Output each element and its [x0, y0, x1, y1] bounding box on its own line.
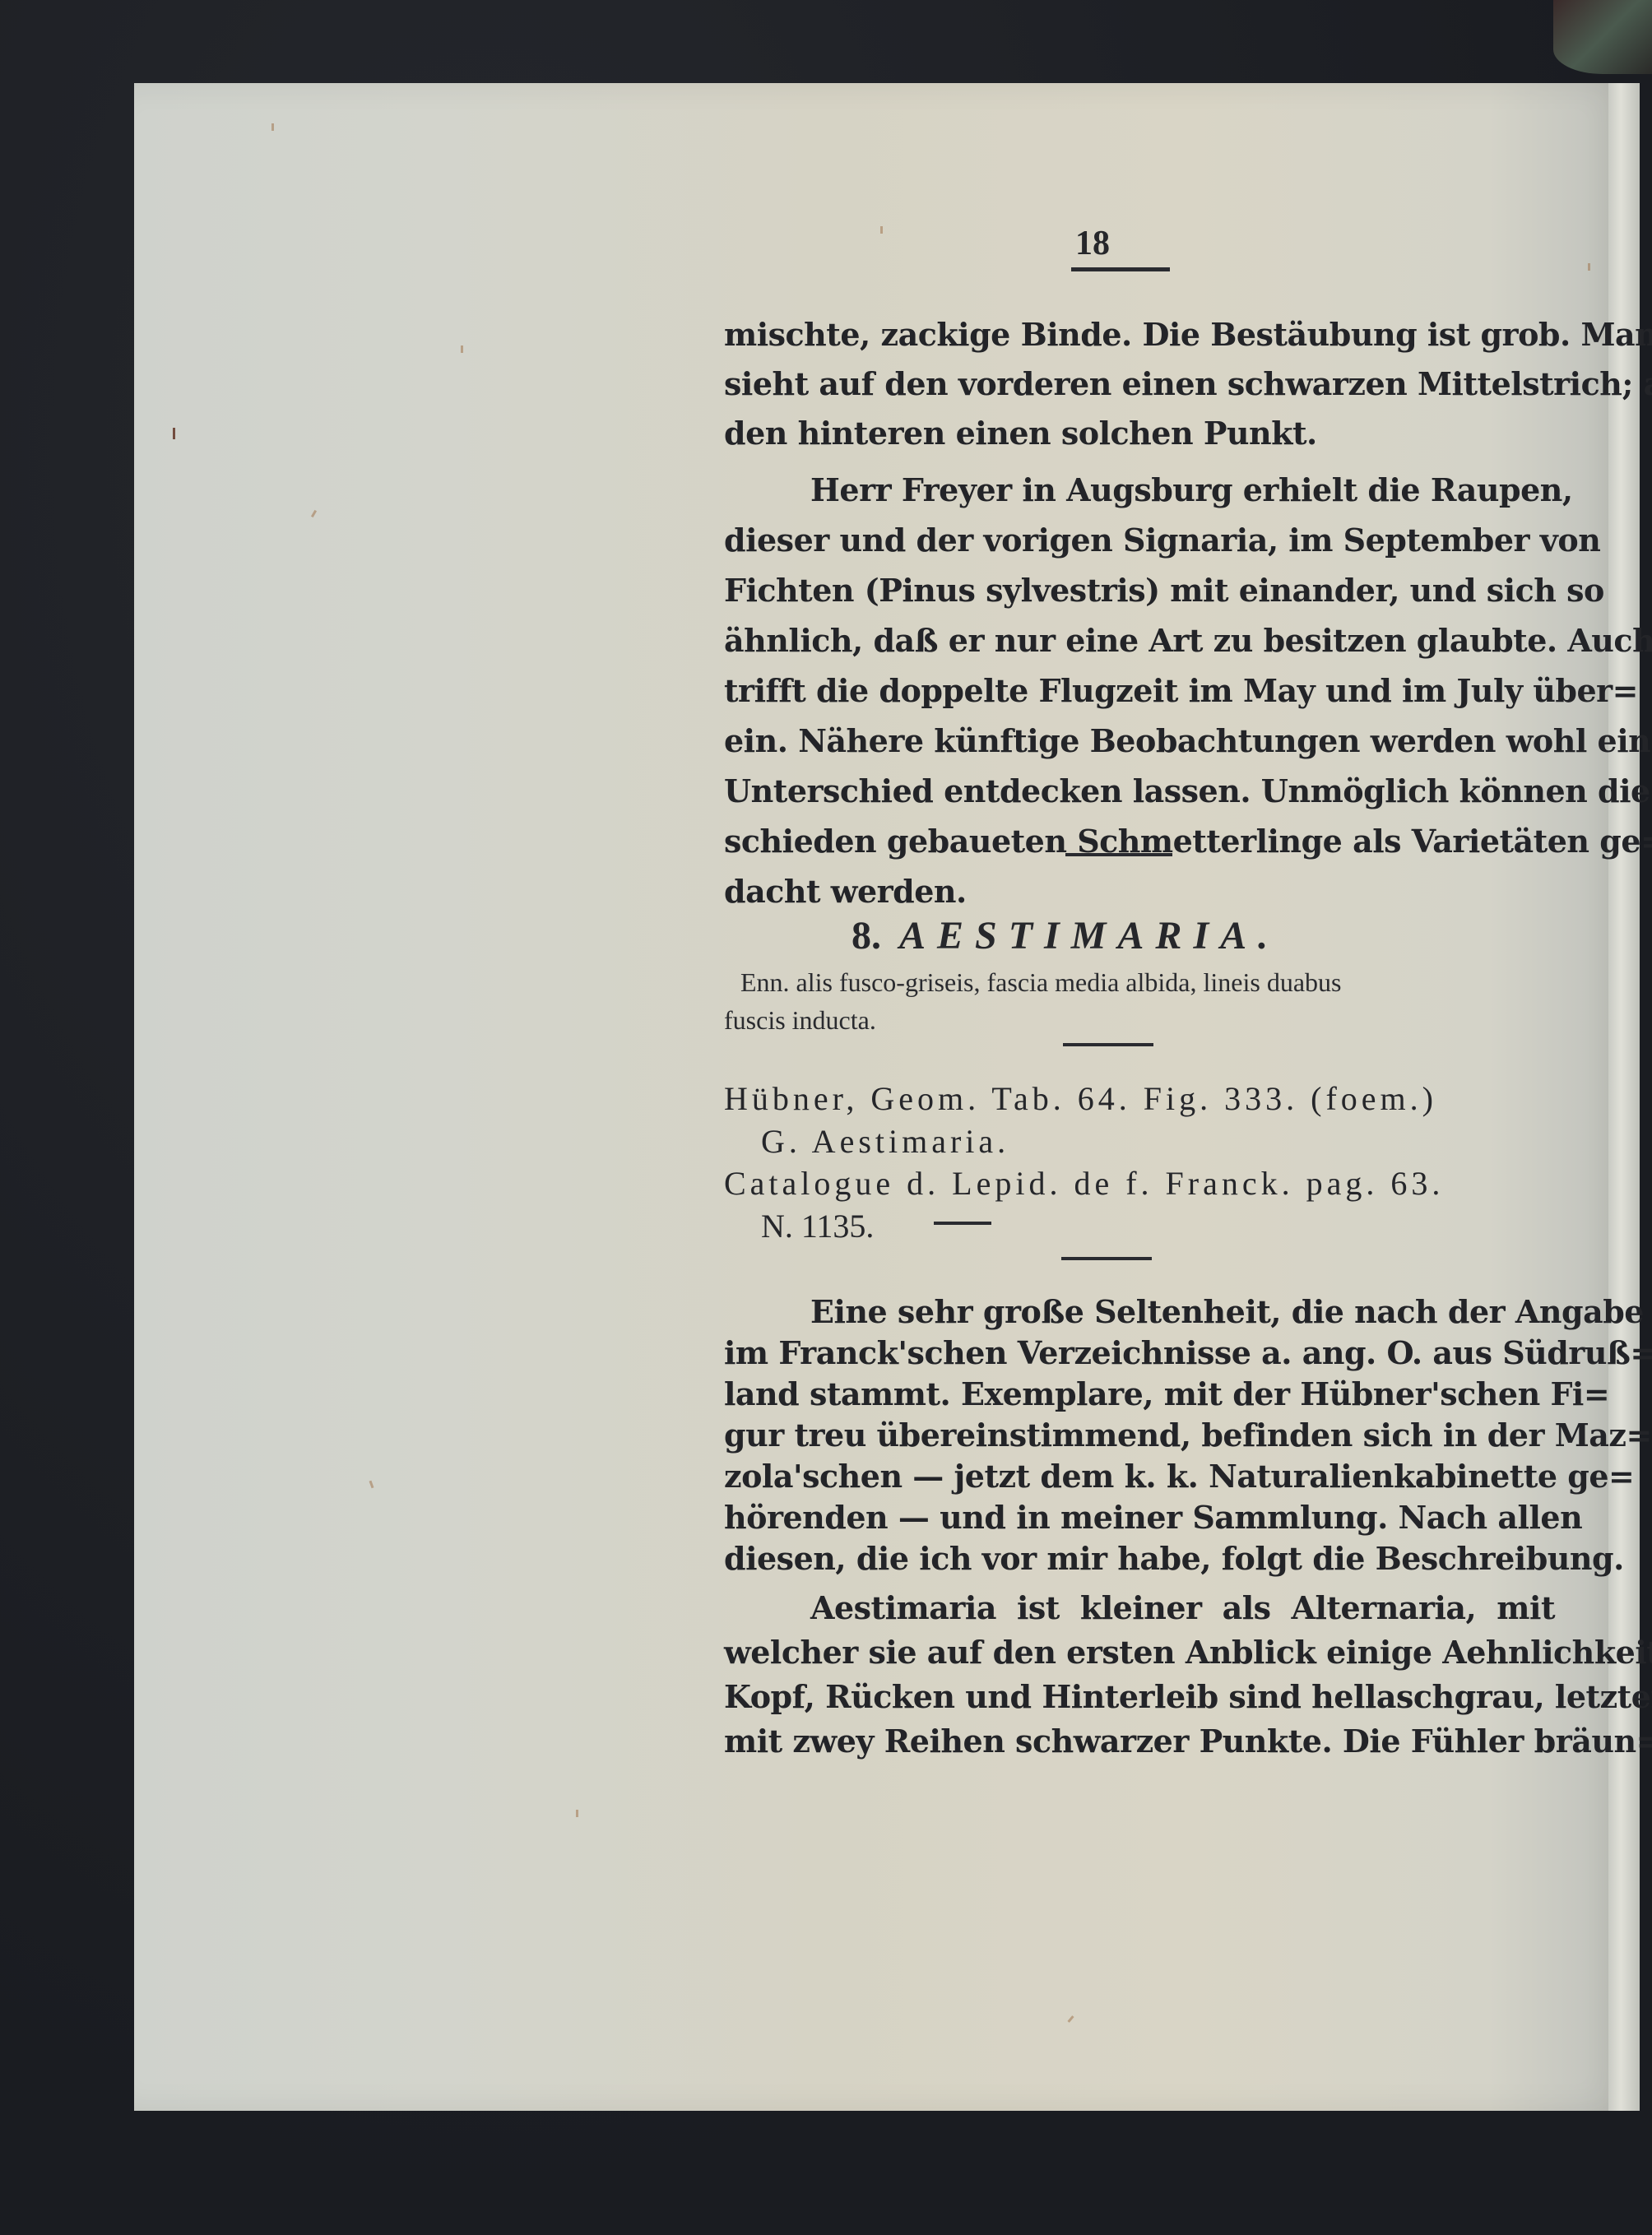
page-number: 18 [1035, 224, 1150, 263]
text-line: trifft die doppelte Flugzeit im May und … [724, 666, 1555, 716]
references-divider [1061, 1257, 1152, 1260]
text-line: Fichten (Pinus sylvestris) mit einander,… [724, 566, 1555, 615]
text-line: dieser und der vorigen Signaria, im Sept… [724, 516, 1555, 565]
text-line: schieden gebaueten Schmetterlinge als Va… [724, 817, 1555, 866]
paper-speck [576, 1810, 578, 1817]
text-line: dacht werden. [724, 867, 967, 916]
text-line: diesen, die ich vor mir habe, folgt die … [724, 1534, 1624, 1584]
text-line: mit zwey Reihen schwarzer Punkte. Die Fü… [724, 1717, 1555, 1766]
paper-speck [173, 428, 175, 439]
text-line: welcher sie auf den ersten Anblick einig… [724, 1628, 1555, 1677]
text-line: den hinteren einen solchen Punkt. [724, 409, 1317, 458]
text-line: ähnlich, daß er nur eine Art zu besitzen… [724, 616, 1555, 665]
reference-line: Catalogue d. Lepid. de f. Franck. pag. 6… [724, 1164, 1444, 1203]
page-number-rule [1071, 267, 1170, 271]
latin-diagnosis-line: fuscis inducta. [724, 1005, 876, 1036]
text-line: ein. Nähere künftige Beobachtungen werde… [724, 716, 1555, 766]
latin-diagnosis-line: Enn. alis fusco-griseis, fascia media al… [740, 967, 1341, 998]
scanner-clip-object [1553, 0, 1652, 74]
text-line: Kopf, Rücken und Hinterleib sind hellasc… [724, 1672, 1555, 1722]
text-line: mischte, zackige Binde. Die Bestäubung i… [724, 310, 1555, 359]
paper-speck [880, 226, 883, 234]
text-line: Herr Freyer in Augsburg erhielt die Raup… [810, 466, 1555, 515]
species-number: 8. [852, 914, 881, 958]
species-title: AESTIMARIA. [899, 914, 1279, 958]
reference-dash [934, 1222, 991, 1225]
paper-speck [461, 345, 463, 353]
diagnosis-divider [1063, 1043, 1153, 1046]
reference-line: Hübner, Geom. Tab. 64. Fig. 333. (foem.) [724, 1079, 1437, 1118]
reference-line: N. 1135. [761, 1207, 874, 1245]
section-divider [1065, 853, 1172, 856]
reference-line: G. Aestimaria. [761, 1122, 1009, 1161]
text-line: Unterschied entdecken lassen. Unmöglich … [724, 767, 1555, 816]
text-line: Aestimaria ist kleiner als Alternaria, m… [810, 1584, 1555, 1633]
paper-speck [1588, 263, 1590, 271]
species-heading: 8.AESTIMARIA. [852, 913, 1279, 958]
text-line: sieht auf den vorderen einen schwarzen M… [724, 359, 1555, 409]
paper-speck [271, 123, 274, 131]
